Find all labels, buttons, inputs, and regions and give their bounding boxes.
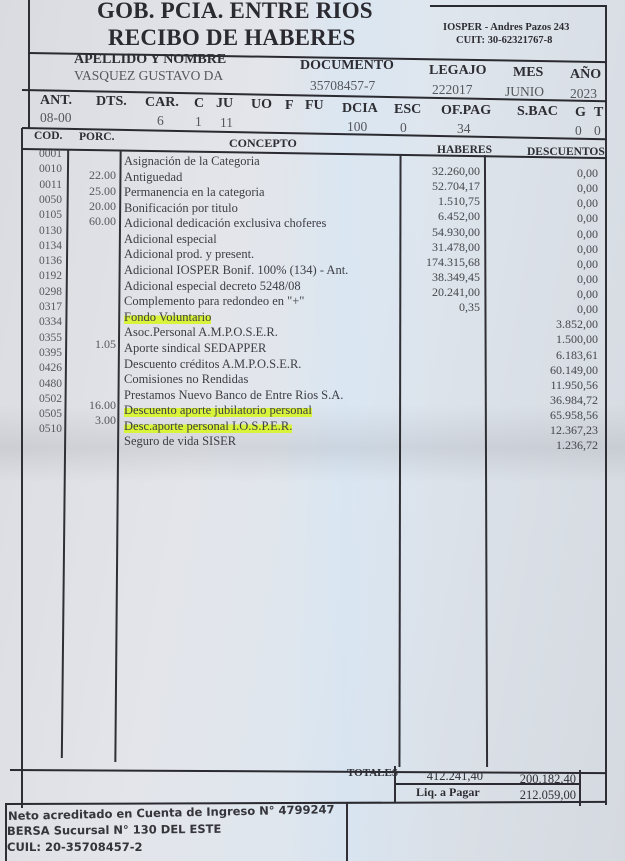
- row-descuentos: 6.183,61: [486, 348, 598, 363]
- dcia-label: DCIA: [342, 101, 378, 117]
- row-concepto: Asignación de la Categoria: [124, 154, 260, 169]
- row-descuentos: 0,00: [486, 166, 598, 181]
- totals-descuentos: 200.182,40: [486, 772, 576, 787]
- row-cod: 0298: [30, 286, 62, 298]
- c-label: C: [194, 96, 204, 112]
- car-label: CAR.: [145, 95, 179, 111]
- ant-label: ANT.: [40, 93, 72, 109]
- row-concepto: Adicional prod. y present.: [124, 247, 254, 262]
- row-descuentos: 0,00: [486, 227, 598, 242]
- row-descuentos: 0,00: [486, 242, 598, 257]
- g-label: G: [575, 105, 586, 121]
- row-haberes: 32.260,00: [400, 164, 480, 179]
- f-label: F: [285, 98, 294, 114]
- row-haberes: 31.478,00: [400, 240, 480, 255]
- border-left: [21, 128, 23, 808]
- row-concepto: Bonificación por titulo: [124, 201, 238, 216]
- row-descuentos: 3.852,00: [486, 317, 598, 332]
- dts-label: DTS.: [96, 94, 127, 110]
- row-concepto: Desc.aporte personal I.O.S.P.E.R.: [124, 419, 292, 434]
- row-descuentos: 12.367,23: [486, 423, 598, 438]
- fu-label: FU: [305, 98, 324, 114]
- ju-label: JU: [216, 96, 233, 112]
- issuer-cuit: CUIT: 30-62321767-8: [456, 35, 552, 46]
- row-descuentos: 0,00: [486, 257, 598, 272]
- row-haberes: 38.349,45: [400, 270, 480, 285]
- row-concepto: Descuento créditos A.M.P.O.S.E.R.: [124, 357, 301, 372]
- legajo-label: LEGAJO: [429, 63, 487, 79]
- row-concepto: Fondo Voluntario: [124, 310, 211, 325]
- row-porc: 22.00: [70, 168, 116, 183]
- t-value: 0: [594, 123, 601, 139]
- row-cod: 0395: [30, 347, 62, 359]
- sbac-label: S.BAC: [517, 104, 558, 120]
- row-haberes: 20.241,00: [400, 285, 480, 300]
- row-cod: 0011: [30, 179, 62, 191]
- row-haberes: 0,35: [400, 300, 480, 315]
- row-descuentos: 0,00: [486, 211, 598, 226]
- ofpag-label: OF.PAG: [441, 103, 491, 119]
- issuer-top-border: [430, 5, 606, 7]
- row-concepto: Prestamos Nuevo Banco de Entre Rios S.A.: [124, 388, 343, 403]
- row-concepto: Permanencia en la categoria: [124, 185, 265, 200]
- row-porc: 16.00: [70, 398, 116, 413]
- totals-label: TOTALES: [347, 767, 398, 779]
- row-descuentos: 0,00: [486, 287, 598, 302]
- row-concepto: Adicional especial: [124, 232, 217, 247]
- row-descuentos: 36.984,72: [486, 393, 598, 408]
- row-concepto: Adicional IOSPER Bonif. 100% (134) - Ant…: [124, 263, 348, 278]
- document-number: 35708457-7: [310, 78, 375, 94]
- row-cod: 0334: [30, 316, 62, 328]
- footer-sep: [346, 803, 348, 861]
- legajo-number: 222017: [432, 82, 473, 98]
- row-cod: 0105: [30, 209, 62, 221]
- row-porc: 25.00: [70, 184, 116, 199]
- document-label: DOCUMENTO: [300, 58, 394, 74]
- row-concepto: Adicional dedicación exclusiva choferes: [124, 216, 326, 231]
- year-label: AÑO: [570, 67, 601, 83]
- row-cod: 0317: [30, 301, 62, 313]
- doc-title-line1: GOB. PCIA. ENTRE RIOS: [97, 0, 373, 24]
- row-porc: 3.00: [70, 413, 116, 428]
- footer-bank: BERSA Sucursal N° 130 DEL ESTE: [7, 822, 221, 838]
- row-porc: 60.00: [70, 214, 116, 229]
- issuer-name: IOSPER - Andres Pazos 243: [443, 22, 569, 33]
- row-haberes: 52.704,17: [400, 179, 480, 194]
- row-concepto: Adicional especial decreto 5248/08: [124, 279, 301, 294]
- totals-sep-left: [394, 766, 396, 803]
- row-porc: 1.05: [70, 337, 116, 352]
- totals-haberes: 412.241,40: [400, 769, 483, 784]
- row-concepto: Asoc.Personal A.M.P.O.S.E.R.: [124, 325, 278, 340]
- esc-label: ESC: [394, 102, 421, 118]
- employee-name: VASQUEZ GUSTAVO DA: [74, 68, 223, 84]
- row-descuentos: 0,00: [486, 196, 598, 211]
- row-descuentos: 11.950,56: [486, 378, 598, 393]
- footer-account: Neto acreditado en Cuenta de Ingreso N° …: [8, 802, 335, 823]
- col-cod-header: COD.: [34, 130, 62, 142]
- g-value: 0: [575, 123, 582, 139]
- col-porc-header: PORC.: [79, 131, 114, 143]
- row-concepto: Antiguedad: [124, 170, 182, 185]
- row-descuentos: 0,00: [486, 181, 598, 196]
- col-concepto-header: CONCEPTO: [229, 136, 297, 151]
- row-haberes: 54.930,00: [400, 225, 480, 240]
- row-descuentos: 1.236,72: [486, 438, 598, 453]
- c-value: 1: [195, 114, 202, 130]
- row-concepto: Aporte sindical SEDAPPER: [124, 341, 266, 356]
- ant-value: 08-00: [40, 110, 72, 126]
- row-cod: 0136: [30, 255, 62, 267]
- row-descuentos: 0,00: [486, 302, 598, 317]
- doc-title-line2: RECIBO DE HABERES: [108, 25, 356, 51]
- row-descuentos: 65.958,56: [486, 408, 598, 423]
- row-cod: 0050: [30, 194, 62, 206]
- month-label: MES: [513, 65, 543, 81]
- ju-value: 11: [220, 115, 233, 131]
- footer-cuil: CUIL: 20-35708457-2: [7, 840, 143, 854]
- row-haberes: 1.510,75: [400, 194, 480, 209]
- row-descuentos: 0,00: [486, 272, 598, 287]
- border-left-top: [28, 0, 30, 128]
- row-cod: 0001: [30, 148, 62, 160]
- row-cod: 0480: [30, 378, 62, 390]
- row-descuentos: 1.500,00: [486, 332, 598, 347]
- t-label: T: [594, 105, 603, 121]
- row-haberes: 6.452,00: [400, 209, 480, 224]
- row-cod: 0134: [30, 240, 62, 252]
- row-cod: 0426: [30, 362, 62, 374]
- row-haberes: 174.315,68: [400, 255, 480, 270]
- car-value: 6: [157, 113, 164, 129]
- row-cod: 0355: [30, 332, 62, 344]
- divider-table-header: [22, 148, 606, 159]
- name-label: APELLIDO Y NOMBRE: [74, 52, 226, 68]
- row-porc: 20.00: [70, 199, 116, 214]
- row-cod: 0192: [30, 270, 62, 282]
- row-concepto: Descuento aporte jubilatorio personal: [124, 403, 312, 418]
- row-concepto: Comisiones no Rendidas: [124, 372, 248, 387]
- border-right: [605, 5, 607, 805]
- row-descuentos: 60.149,00: [486, 363, 598, 378]
- col-sep-porc: [114, 150, 121, 762]
- row-concepto: Seguro de vida SISER: [124, 434, 236, 449]
- row-cod: 0130: [30, 225, 62, 237]
- row-cod: 0502: [30, 393, 62, 405]
- row-cod: 0505: [30, 408, 62, 420]
- row-cod: 0510: [30, 423, 62, 435]
- net-label: Liq. a Pagar: [416, 785, 480, 800]
- row-cod: 0010: [30, 163, 62, 175]
- uo-label: UO: [251, 97, 272, 113]
- row-concepto: Complemento para redondeo en "+": [124, 294, 304, 309]
